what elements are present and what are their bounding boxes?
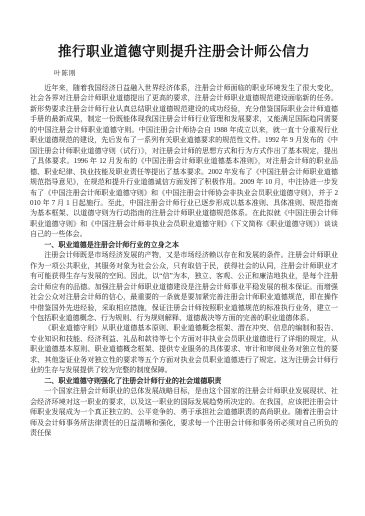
paragraph-introduction: 近年来，随着我国经济日益融入世界经济体系，注册会计师面临的职业环境发生了很大变化… — [30, 83, 338, 240]
section-heading-2: 二、职业道德守则强化了注册会计师行业的社会道德职责 — [30, 376, 338, 386]
article-body: 近年来，随着我国经济日益融入世界经济体系，注册会计师面临的职业环境发生了很大变化… — [30, 83, 338, 438]
document-page: 推行职业道德守则提升注册会计师公信力 叶陈刚 近年来，随着我国经济日益融入世界经… — [0, 0, 365, 516]
article-title: 推行职业道德守则提升注册会计师公信力 — [30, 44, 338, 60]
paragraph-section1-a: 注册会计师既是市场经济发展的产物，又是市场经济赖以存在和发展的条件。注册会计师职… — [30, 250, 338, 323]
paragraph-section2-a: 一个国家注册会计师职业的总体发展战略目标，是由这个国家的注册会计师职业发展现状、… — [30, 386, 338, 438]
paragraph-section1-b: 《职业道德守则》从职业道德基本原则、职业道德概念框架、潜在冲突、信息的编制和报告… — [30, 323, 338, 375]
author-name: 叶陈刚 — [54, 68, 338, 77]
section-heading-1: 一、职业道德是注册会计师行业的立身之本 — [30, 240, 338, 250]
